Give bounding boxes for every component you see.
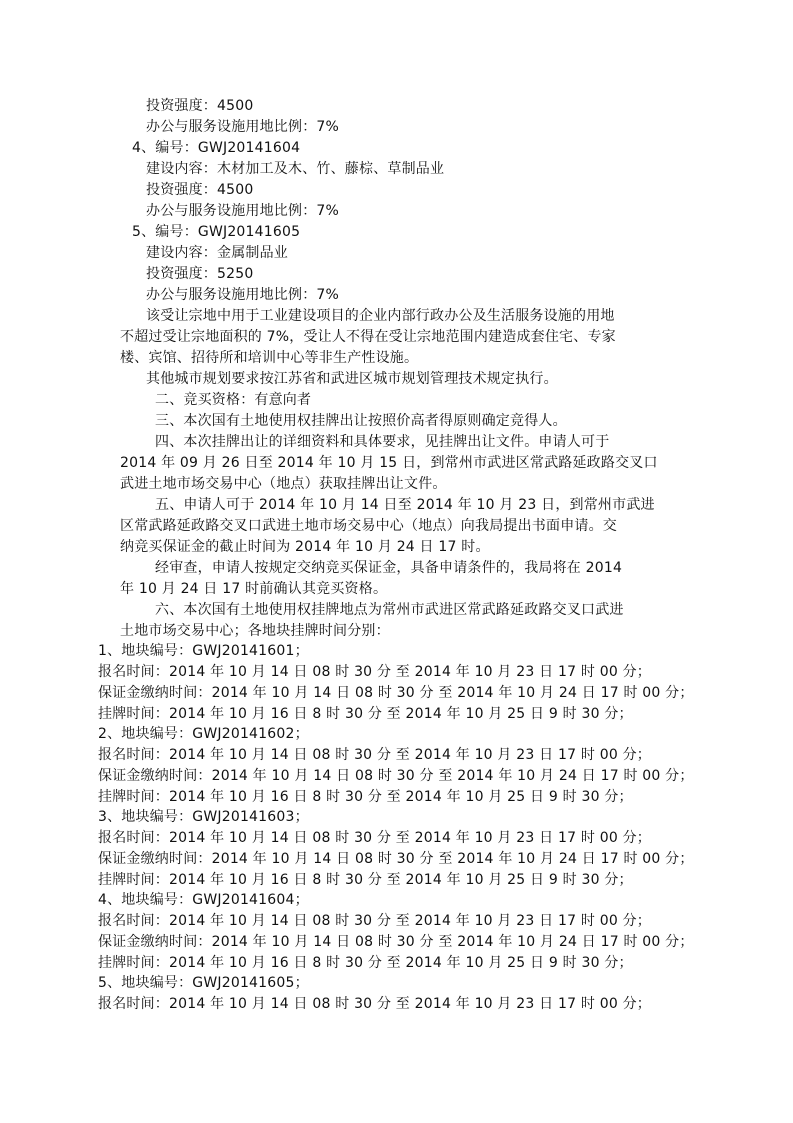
parcel-investment: 投资强度：5250	[146, 264, 253, 284]
schedule-parcel-id: 3、地块编号：GWJ20141603；	[98, 807, 309, 827]
schedule-deposit: 保证金缴纳时间：2014 年 10 月 14 日 08 时 30 分 至 201…	[98, 766, 694, 786]
schedule-registration: 报名时间：2014 年 10 月 14 日 08 时 30 分 至 2014 年…	[98, 745, 651, 765]
schedule-parcel-id: 1、地块编号：GWJ20141601；	[98, 641, 309, 661]
land-use-paragraph-line: 不超过受让宗地面积的 7%，受让人不得在受让宗地范围内建造成套住宅、专家	[120, 327, 616, 347]
section-5-line: 五、申请人可于 2014 年 10 月 14 日至 2014 年 10 月 23…	[155, 495, 655, 515]
schedule-registration: 报名时间：2014 年 10 月 14 日 08 时 30 分 至 2014 年…	[98, 662, 651, 682]
schedule-deposit: 保证金缴纳时间：2014 年 10 月 14 日 08 时 30 分 至 201…	[98, 683, 694, 703]
planning-paragraph: 其他城市规划要求按江苏省和武进区城市规划管理技术规定执行。	[146, 369, 558, 389]
section-4-line: 武进土地市场交易中心（地点）获取挂牌出让文件。	[120, 474, 447, 494]
investment-intensity-line: 投资强度：4500	[146, 96, 253, 116]
section-6-line: 土地市场交易中心；各地块挂牌时间分别：	[120, 621, 390, 641]
parcel-ratio: 办公与服务设施用地比例：7%	[146, 285, 339, 305]
review-line: 年 10 月 24 日 17 时前确认其竞买资格。	[120, 579, 387, 599]
value: 4500	[217, 98, 253, 114]
schedule-deposit: 保证金缴纳时间：2014 年 10 月 14 日 08 时 30 分 至 201…	[98, 932, 694, 952]
schedule-listing: 挂牌时间：2014 年 10 月 16 日 8 时 30 分 至 2014 年 …	[98, 704, 633, 724]
schedule-listing: 挂牌时间：2014 年 10 月 16 日 8 时 30 分 至 2014 年 …	[98, 953, 633, 973]
parcel-header: 4、编号：GWJ20141604	[132, 138, 300, 158]
document-page: 投资强度：4500 办公与服务设施用地比例：7% 4、编号：GWJ2014160…	[0, 0, 793, 1123]
section-4-line: 2014 年 09 月 26 日至 2014 年 10 月 15 日，到常州市武…	[120, 453, 658, 473]
label: 投资强度：	[146, 98, 217, 114]
schedule-registration: 报名时间：2014 年 10 月 14 日 08 时 30 分 至 2014 年…	[98, 994, 651, 1014]
schedule-registration: 报名时间：2014 年 10 月 14 日 08 时 30 分 至 2014 年…	[98, 828, 651, 848]
schedule-listing: 挂牌时间：2014 年 10 月 16 日 8 时 30 分 至 2014 年 …	[98, 787, 633, 807]
review-line: 经审查，申请人按规定交纳竞买保证金，具备申请条件的，我局将在 2014	[155, 558, 622, 578]
schedule-registration: 报名时间：2014 年 10 月 14 日 08 时 30 分 至 2014 年…	[98, 911, 651, 931]
land-use-paragraph-line: 该受让宗地中用于工业建设项目的企业内部行政办公及生活服务设施的用地	[146, 306, 615, 326]
parcel-content: 建设内容：木材加工及木、竹、藤棕、草制品业	[146, 159, 444, 179]
value: 7%	[316, 119, 339, 135]
schedule-parcel-id: 4、地块编号：GWJ20141604；	[98, 890, 309, 910]
section-6-line: 六、本次国有土地使用权挂牌地点为常州市武进区常武路延政路交叉口武进	[155, 600, 624, 620]
section-3-principle: 三、本次国有土地使用权挂牌出让按照价高者得原则确定竞得人。	[155, 411, 567, 431]
parcel-investment: 投资强度：4500	[146, 180, 253, 200]
land-use-paragraph-line: 楼、宾馆、招待所和培训中心等非生产性设施。	[120, 348, 418, 368]
section-5-line: 区常武路延政路交叉口武进土地市场交易中心（地点）向我局提出书面申请。交	[120, 516, 617, 536]
label: 办公与服务设施用地比例：	[146, 119, 316, 135]
schedule-listing: 挂牌时间：2014 年 10 月 16 日 8 时 30 分 至 2014 年 …	[98, 870, 633, 890]
schedule-deposit: 保证金缴纳时间：2014 年 10 月 14 日 08 时 30 分 至 201…	[98, 849, 694, 869]
section-4-line: 四、本次挂牌出让的详细资料和具体要求，见挂牌出让文件。申请人可于	[155, 432, 609, 452]
schedule-parcel-id: 5、地块编号：GWJ20141605；	[98, 973, 309, 993]
parcel-content: 建设内容：金属制品业	[146, 243, 288, 263]
office-ratio-line: 办公与服务设施用地比例：7%	[146, 117, 339, 137]
section-2-qualification: 二、竞买资格：有意向者	[155, 390, 311, 410]
parcel-header: 5、编号：GWJ20141605	[132, 222, 300, 242]
section-5-line: 纳竞买保证金的截止时间为 2014 年 10 月 24 日 17 时。	[120, 537, 490, 557]
parcel-ratio: 办公与服务设施用地比例：7%	[146, 201, 339, 221]
schedule-parcel-id: 2、地块编号：GWJ20141602；	[98, 724, 309, 744]
